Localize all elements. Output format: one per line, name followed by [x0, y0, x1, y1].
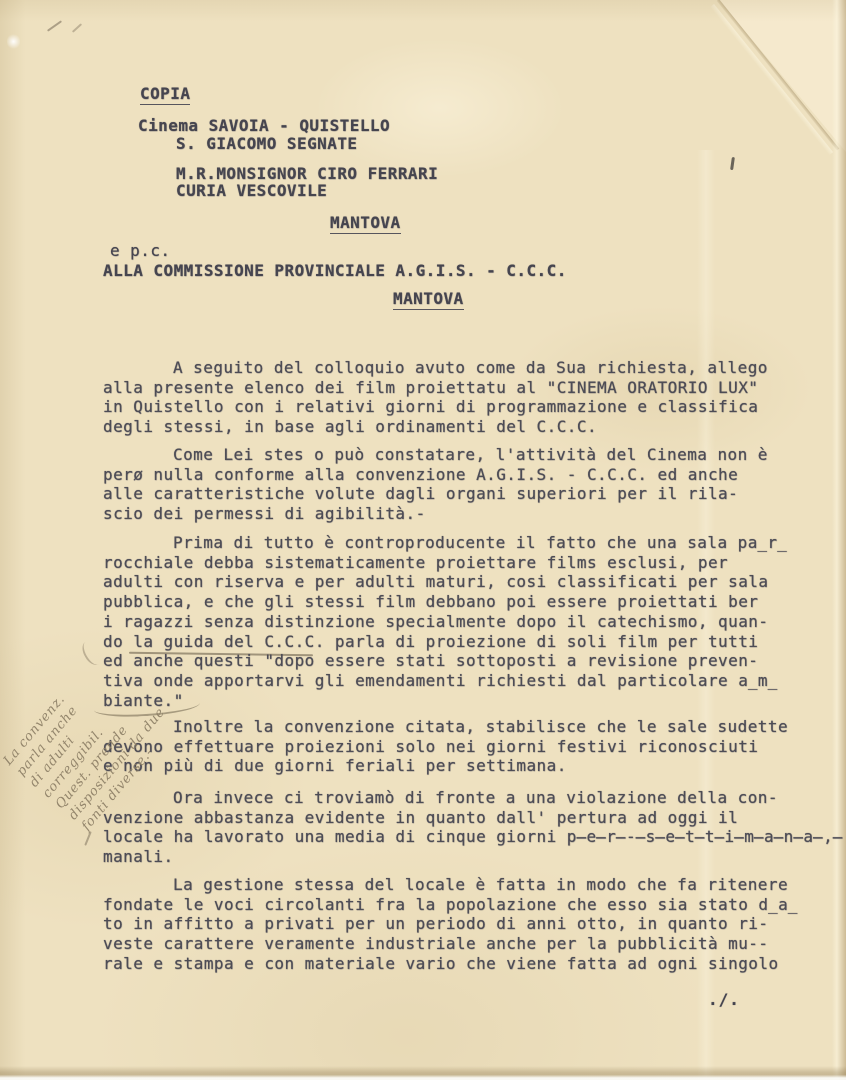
- copy-label: COPIA: [140, 84, 190, 104]
- paragraph-1: A seguito del colloquio avuto come da Su…: [103, 358, 768, 437]
- paragraph-2: Come Lei stes o può constatare, l'attivi…: [103, 445, 768, 524]
- cc-label: e p.c.: [110, 241, 171, 261]
- recipient-curia-line: CURIA VESCOVILE: [176, 181, 327, 201]
- cc-city: MANTOVA: [393, 289, 464, 309]
- page-bottom-edge: [0, 1066, 846, 1080]
- fold-crease-line: [717, 0, 839, 150]
- recipient-city-text: MANTOVA: [330, 213, 401, 234]
- cc-city-text: MANTOVA: [393, 289, 464, 310]
- recipient-city: MANTOVA: [330, 213, 401, 233]
- paragraph-5: Ora invece ci troviamò di fronte a una v…: [103, 788, 846, 867]
- page-right-edge: [832, 0, 846, 1080]
- document-page: COPIA Cinema SAVOIA - QUISTELLO S. GIACO…: [0, 0, 846, 1080]
- continuation-mark: ./.: [708, 990, 740, 1010]
- pencil-slash-mark: [72, 23, 82, 33]
- cc-recipient: ALLA COMMISSIONE PROVINCIALE A.G.I.S. - …: [103, 261, 567, 281]
- paper-blemish: [7, 33, 20, 50]
- paragraph-3: Prima di tutto è controproducente il fat…: [103, 533, 787, 710]
- ink-tick-mark: [730, 157, 734, 170]
- pencil-slash-mark: [47, 20, 62, 31]
- recipient-cinema-line: Cinema SAVOIA - QUISTELLO: [138, 116, 390, 136]
- fold-crease-highlight: [710, 4, 833, 155]
- recipient-cinema-line2: S. GIACOMO SEGNATE: [176, 134, 358, 154]
- paragraph-4: Inoltre la convenzione citata, stabilisc…: [103, 717, 788, 776]
- copy-label-text: COPIA: [140, 84, 190, 105]
- paragraph-6: La gestione stessa del locale è fatta in…: [103, 875, 798, 974]
